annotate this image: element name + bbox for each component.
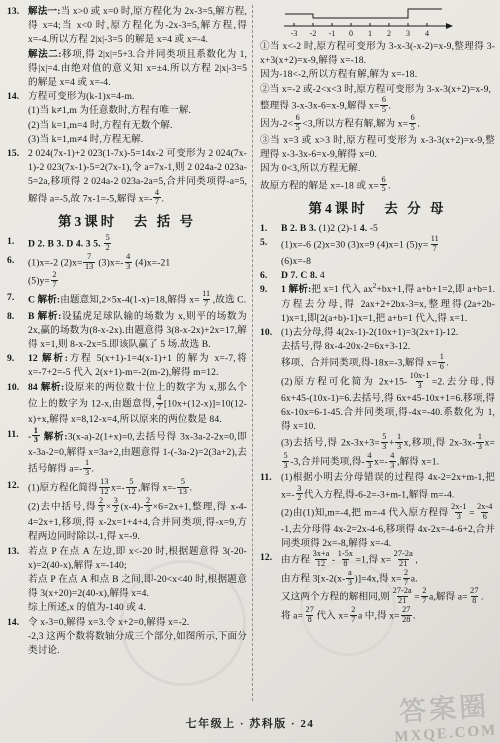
paragraph: B 2. B 3. (1)2 (2)-1 4. -5 bbox=[281, 222, 495, 236]
page-footer: 七年级上 · 苏科版 · 24 bbox=[0, 715, 500, 731]
paragraph: 令 x-3=0,解得 x=3.令 x+2=0,解得 x=-2. bbox=[28, 616, 247, 630]
answer-item: 14.令 x-3=0,解得 x=3.令 x+2=0,解得 x=-2.-2,3 这… bbox=[7, 616, 247, 659]
fraction: 512 bbox=[126, 478, 137, 497]
paragraph: 解法二:移项,得 2|x|=5+3.合并同类项且系数化为 1,得|x|=4.由绝… bbox=[28, 48, 247, 91]
fraction: 2x-46 bbox=[476, 503, 494, 522]
bold-text: 4. bbox=[76, 239, 83, 250]
paragraph: C 解析:由题意知,2×5x-4(1-x)=18,解得 x=117,故选 C. bbox=[28, 291, 247, 310]
fraction: 117 bbox=[201, 290, 212, 309]
answer-item: 14.方程可变形为(k-1)x=4-m.(1)当 k≠1,m 为任意数时,方程有… bbox=[7, 90, 247, 147]
paragraph: D 7. C 8. 4 bbox=[281, 269, 495, 283]
item-number: 6. bbox=[7, 254, 28, 291]
bold-text: 5. bbox=[93, 239, 100, 250]
bold-text: 4. bbox=[360, 223, 367, 234]
fraction: 27 bbox=[403, 569, 410, 588]
item-body: 由方程3x+a12-1-5x8=1,得 x=27-2a21,由方程 3[x-2(… bbox=[281, 551, 495, 625]
answer-item: 8.B 解析:设猛虎足球队输的场数为 x,则平的场数为 2x,赢的场数为(8-x… bbox=[7, 310, 247, 353]
bold-text: 解析: bbox=[288, 284, 311, 295]
bold-text: B bbox=[300, 223, 307, 234]
fraction: 52 bbox=[104, 234, 111, 253]
paragraph: (2)当 k=1,m=4 时,方程有无数个解. bbox=[28, 119, 247, 133]
bold-text: 解析: bbox=[38, 295, 61, 306]
item-body: 2 024(7x-1)+2 023(1-7x)-5=14x-2 可变形为 2 0… bbox=[28, 147, 247, 208]
bold-text: B bbox=[28, 311, 35, 322]
paragraph: (2)由(1)知,m=-4,把 m=-4 代入原方程得2x-13=2x-46-1… bbox=[281, 504, 495, 551]
item-body: C 解析:由题意知,2×5x-4(1-x)=18,解得 x=117,故选 C. bbox=[28, 291, 247, 310]
item-body: 1 解析:把 x=1 代入 ax2+bx+1,得 a+b+1=2,即 a+b=1… bbox=[281, 283, 495, 326]
fraction: 2728 bbox=[401, 606, 412, 625]
paragraph: (5)y=27 bbox=[28, 272, 247, 291]
bold-text: D bbox=[28, 239, 35, 250]
item-body: 84 解析:设原来的两位数十位上的数字为 x,那么个位上的数字为 12-x,由题… bbox=[28, 381, 247, 428]
fraction: 27 bbox=[421, 587, 428, 606]
item-body: 若点 P 在点 A 左边,即 x<-20 时,根据题意得 3(-20-x)=2(… bbox=[28, 545, 247, 616]
tick-label: 0 bbox=[349, 29, 353, 38]
fraction: 65 bbox=[380, 96, 387, 115]
answer-item: 9.1 解析:把 x=1 代入 ax2+bx+1,得 a+b+1=2,即 a+b… bbox=[260, 283, 495, 326]
paragraph: 综上所述,x 的值为-140 或 4. bbox=[28, 601, 247, 615]
bold-text: 8. bbox=[310, 270, 317, 281]
fraction: 13 bbox=[395, 433, 402, 452]
item-body: -13 解析:3(x-a)-2(1+x)=0,去括号得 3x-3a-2-2x=0… bbox=[28, 428, 247, 479]
fraction: 16 bbox=[438, 353, 445, 372]
answer-item: 10.(1)去分母,得 4(2x-1)-2(10x+1)=3(2x+1)-12.… bbox=[260, 326, 495, 471]
answer-item: 11.(1)根据小明去分母错误的过程得 4x-2=2x+m-1,把 x=-32代… bbox=[260, 471, 495, 551]
item-number: 8. bbox=[7, 310, 28, 353]
item-number: 11. bbox=[7, 428, 28, 479]
answer-item: 1.B 2. B 3. (1)2 (2)-1 4. -5 bbox=[260, 222, 495, 236]
fraction: 43 bbox=[125, 253, 132, 272]
bold-text: C bbox=[28, 295, 35, 306]
two-column-layout: 13.解法一:当 x>0 或 x=0 时,原方程化为 2x-3=5,解方程,得 … bbox=[7, 5, 495, 701]
paragraph: -13 解析:3(x-a)-2(1+x)=0,去括号得 3x-3a-2-2x=0… bbox=[28, 428, 247, 479]
item-number: 13. bbox=[7, 545, 28, 616]
bold-text: - bbox=[28, 431, 31, 442]
answer-item: 13.若点 P 在点 A 左边,即 x<-20 时,根据题意得 3(-20-x)… bbox=[7, 545, 247, 616]
paragraph: 由方程3x+a12-1-5x8=1,得 x=27-2a21, bbox=[281, 551, 495, 570]
paragraph: (1)x=-6 (2)x=30 (3)x=9 (4)x=1 (5)y=117 bbox=[281, 236, 495, 255]
bold-text: 解析: bbox=[44, 431, 68, 442]
bold-text: 解析: bbox=[42, 353, 68, 364]
item-body: 方程可变形为(k-1)x=4-m.(1)当 k≠1,m 为任意数时,方程有唯一解… bbox=[28, 90, 247, 147]
paragraph: ①当 x<-2 时,原方程可变形为 3-x-3(-x-2)=x-9,整理得 3-… bbox=[260, 40, 495, 68]
fraction: 23 bbox=[144, 497, 151, 516]
fraction: a3 bbox=[346, 569, 353, 588]
bold-text: B bbox=[47, 239, 54, 250]
paragraph: 因为-18<-2,所以方程有解,解为 x=-18. bbox=[260, 68, 495, 82]
item-number: 13. bbox=[7, 5, 28, 90]
item-number: 9. bbox=[7, 352, 28, 380]
paragraph: 若点 P 在点 A 和点 B 之间,即-20<x<40 时,根据题意得 3(x+… bbox=[28, 573, 247, 601]
item-body: (1)x=-6 (2)x=30 (3)x=9 (4)x=1 (5)y=117(6… bbox=[281, 236, 495, 269]
bold-text: 7. bbox=[291, 270, 298, 281]
superscript: 2 bbox=[373, 282, 377, 290]
bold-text: D bbox=[281, 270, 288, 281]
item-number: 14. bbox=[7, 90, 28, 147]
fraction: 47 bbox=[153, 189, 160, 208]
section-heading: 第3课时 去 括 号 bbox=[7, 213, 247, 231]
paragraph: (1)原方程化简得1312x=-512,解得 x=-513. bbox=[28, 479, 247, 498]
fraction: 10x-13 bbox=[408, 372, 431, 391]
paragraph: 因为 0<3,所以方程无解. bbox=[260, 162, 495, 176]
paragraph: (3)当 k=1,m≠4 时,方程无解. bbox=[28, 133, 247, 147]
tick-label: 2 bbox=[387, 29, 391, 38]
bold-text: 3. bbox=[56, 239, 63, 250]
bold-text: 解法一: bbox=[28, 6, 61, 17]
paragraph: 解法一:当 x>0 或 x=0 时,原方程化为 2x-3=5,解方程,得 x=4… bbox=[28, 5, 247, 48]
item-body: B 2. B 3. (1)2 (2)-1 4. -5 bbox=[281, 222, 495, 236]
item-body: 解法一:当 x>0 或 x=0 时,原方程化为 2x-3=5,解方程,得 x=4… bbox=[28, 5, 247, 90]
answer-item: 5.(1)x=-6 (2)x=30 (3)x=9 (4)x=1 (5)y=117… bbox=[260, 236, 495, 269]
fraction: 27-2a21 bbox=[391, 587, 413, 606]
fraction: 53 bbox=[381, 433, 388, 452]
answer-item: 6.(1)x=-2 (2)x=713 (3)x=-43 (4)x=-21(5)y… bbox=[7, 254, 247, 291]
section-heading: 第4课时 去 分 母 bbox=[260, 200, 495, 218]
fraction: 13 bbox=[83, 459, 90, 478]
answer-item: 11.-13 解析:3(x-a)-2(1+x)=0,去括号得 3x-3a-2-2… bbox=[7, 428, 247, 479]
paragraph: (1)根据小明去分母错误的过程得 4x-2=2x+m-1,把 x=-32代入方程… bbox=[281, 471, 495, 504]
right-column: -3-2-101234①当 x<-2 时,原方程可变形为 3-x-3(-x-2)… bbox=[252, 5, 495, 701]
fraction: 53 bbox=[282, 452, 289, 471]
bold-text: 84 bbox=[28, 382, 38, 393]
tick-label: -2 bbox=[310, 29, 317, 38]
fraction: 65 bbox=[380, 176, 387, 195]
answer-item: 13.解法一:当 x>0 或 x=0 时,原方程化为 2x-3=5,解方程,得 … bbox=[7, 5, 247, 90]
bold-text: 3. bbox=[309, 223, 316, 234]
item-number: 11. bbox=[260, 471, 281, 551]
answer-item: 9.12 解析:方程 5(x+1)-1=4(x-1)+1 的解为 x=-7,将 … bbox=[7, 352, 247, 380]
fraction: 513 bbox=[177, 478, 188, 497]
bold-text: 解析: bbox=[41, 382, 65, 393]
paragraph: (1)x=-2 (2)x=713 (3)x=-43 (4)x=-21 bbox=[28, 254, 247, 273]
paragraph: 84 解析:设原来的两位数十位上的数字为 x,那么个位上的数字为 12-x,由题… bbox=[28, 381, 247, 428]
item-body: 令 x-3=0,解得 x=3.令 x+2=0,解得 x=-2.-2,3 这两个数… bbox=[28, 616, 247, 659]
paragraph: 方程可变形为(k-1)x=4-m. bbox=[28, 90, 247, 104]
paragraph: 故原方程的解是 x=-18 或 x=65. bbox=[260, 177, 495, 196]
bold-text: 解法二: bbox=[28, 49, 62, 60]
item-number: 5. bbox=[260, 236, 281, 269]
fraction: 65 bbox=[294, 114, 301, 133]
paragraph: 因为-2<65<3,所以方程有解,解为 x=65. bbox=[260, 115, 495, 134]
fraction: 32 bbox=[112, 497, 119, 516]
item-body: D 2. B 3. D 4. 3 5. 52 bbox=[28, 235, 247, 254]
bold-text: 2. bbox=[290, 223, 297, 234]
paragraph: B 解析:设猛虎足球队输的场数为 x,则平的场数为 2x,赢的场数为(8-x-2… bbox=[28, 310, 247, 353]
number-line-svg: -3-2-101234 bbox=[282, 5, 454, 38]
tick-label: -3 bbox=[291, 29, 298, 38]
paragraph: (1)当 k≠1,m 为任意数时,方程有唯一解. bbox=[28, 104, 247, 118]
fraction: 1-5x8 bbox=[336, 550, 354, 569]
fraction: 1312 bbox=[99, 478, 110, 497]
item-body: B 解析:设猛虎足球队输的场数为 x,则平的场数为 2x,赢的场数为(8-x-2… bbox=[28, 310, 247, 353]
fraction: 32 bbox=[296, 485, 303, 504]
bold-text: D bbox=[66, 239, 73, 250]
fraction: 27 bbox=[51, 271, 58, 290]
fraction: 117 bbox=[429, 235, 440, 254]
paragraph: 2 024(7x-1)+2 023(1-7x)-5=14x-2 可变形为 2 0… bbox=[28, 147, 247, 208]
bold-text: 1 bbox=[281, 284, 286, 295]
fraction: 43 bbox=[366, 452, 373, 471]
paragraph: 去括号,得 8x-4-20x-2=6x+3-12. bbox=[281, 340, 495, 354]
tick-label: 3 bbox=[406, 29, 410, 38]
bold-text: 12 bbox=[28, 353, 38, 364]
item-body: (1)x=-2 (2)x=713 (3)x=-43 (4)x=-21(5)y=2… bbox=[28, 254, 247, 291]
fraction: 43 bbox=[389, 452, 396, 471]
bold-text: B bbox=[281, 223, 288, 234]
fraction: 713 bbox=[83, 253, 94, 272]
left-column: 13.解法一:当 x>0 或 x=0 时,原方程化为 2x-3=5,解方程,得 … bbox=[7, 5, 252, 701]
bold-text: 3 bbox=[86, 239, 91, 250]
paragraph: ②当 x=-2 或-2<x<3 时,原方程可变形为 3-x-3(x+2)=x-9… bbox=[260, 83, 495, 97]
answer-item: 12.(1)原方程化简得1312x=-512,解得 x=-513.(2)去中括号… bbox=[7, 479, 247, 545]
fraction: 278 bbox=[304, 606, 315, 625]
item-number: 10. bbox=[7, 381, 28, 428]
scanned-answer-page: 13.解法一:当 x>0 或 x=0 时,原方程化为 2x-3=5,解方程,得 … bbox=[0, 0, 500, 743]
bold-text: 2. bbox=[38, 239, 45, 250]
item-number: 1. bbox=[7, 235, 28, 254]
paragraph: (1)去分母,得 4(2x-1)-2(10x+1)=3(2x+1)-12. bbox=[281, 326, 495, 340]
item-body: (1)原方程化简得1312x=-512,解得 x=-513.(2)去中括号,得2… bbox=[28, 479, 247, 545]
item-number: 9. bbox=[260, 283, 281, 326]
paragraph: D 2. B 3. D 4. 3 5. 52 bbox=[28, 235, 247, 254]
fraction: 65 bbox=[409, 114, 416, 133]
answer-item: 12.由方程3x+a12-1-5x8=1,得 x=27-2a21,由方程 3[x… bbox=[260, 551, 495, 625]
item-body: 12 解析:方程 5(x+1)-1=4(x-1)+1 的解为 x=-7,将 x=… bbox=[28, 352, 247, 380]
item-body: (1)去分母,得 4(2x-1)-2(10x+1)=3(2x+1)-12.去括号… bbox=[281, 326, 495, 471]
tick-label: 4 bbox=[425, 29, 429, 38]
fraction: 2x-13 bbox=[450, 503, 468, 522]
item-number: 12. bbox=[7, 479, 28, 545]
item-number: 6. bbox=[260, 269, 281, 283]
fraction: 47 bbox=[156, 394, 163, 413]
paragraph: 1 解析:把 x=1 代入 ax2+bx+1,得 a+b+1=2,即 a+b=1… bbox=[281, 283, 495, 326]
fraction: 278 bbox=[469, 587, 480, 606]
answer-item: 7.C 解析:由题意知,2×5x-4(1-x)=18,解得 x=117,故选 C… bbox=[7, 291, 247, 310]
answer-item: 6.D 7. C 8. 4 bbox=[260, 269, 495, 283]
fraction: 3x+a12 bbox=[311, 550, 331, 569]
paragraph: (6)x=-8 bbox=[281, 255, 495, 269]
paragraph: (3)去括号,得 2x-3x+3=53+13x,移项,得 2x-3x-13x=5… bbox=[281, 434, 495, 471]
item-number: 1. bbox=[260, 222, 281, 236]
paragraph: (2)去中括号,得23×32(x-4)-23×6=2x+1,整理,得 x-4-4… bbox=[28, 498, 247, 545]
paragraph: 12 解析:方程 5(x+1)-1=4(x-1)+1 的解为 x=-7,将 x=… bbox=[28, 352, 247, 380]
paragraph: 移项、合并同类项,得-18x=-3,解得 x=16. bbox=[281, 354, 495, 373]
bold-text: 解析: bbox=[38, 311, 62, 322]
answer-item: 10.84 解析:设原来的两位数十位上的数字为 x,那么个位上的数字为 12-x… bbox=[7, 381, 247, 428]
fraction: 27-2a21 bbox=[392, 550, 414, 569]
fraction: 27 bbox=[350, 606, 357, 625]
fraction: 13 bbox=[476, 433, 483, 452]
answer-item: 15.2 024(7x-1)+2 023(1-7x)-5=14x-2 可变形为 … bbox=[7, 147, 247, 208]
item-body: D 7. C 8. 4 bbox=[281, 269, 495, 283]
paragraph: 将 a=278代入 x=27a 中,得 x=2728. bbox=[281, 607, 495, 626]
item-number: 14. bbox=[7, 616, 28, 659]
item-number: 15. bbox=[7, 147, 28, 208]
tick-label: 1 bbox=[368, 29, 372, 38]
number-line-figure: -3-2-101234 bbox=[282, 5, 495, 38]
paragraph: 若点 P 在点 A 左边,即 x<-20 时,根据题意得 3(-20-x)=2(… bbox=[28, 545, 247, 573]
tick-label: -1 bbox=[329, 29, 336, 38]
item-number: 12. bbox=[260, 551, 281, 625]
paragraph: -2,3 这两个数将数轴分成三个部分,如图所示,下面分类讨论. bbox=[28, 630, 247, 658]
item-body: (1)根据小明去分母错误的过程得 4x-2=2x+m-1,把 x=-32代入方程… bbox=[281, 471, 495, 551]
paragraph: 由方程 3[x-2(x-a3)]=4x,得 x=27a. bbox=[281, 570, 495, 589]
item-number: 10. bbox=[260, 326, 281, 471]
bold-text: C bbox=[300, 270, 307, 281]
paragraph: (2)原方程可化简为 2x+15-10x-13=2.去分母,得 6x+45-(1… bbox=[281, 373, 495, 434]
paragraph: ③当 x=3 或 x>3 时,原方程可变形为 x-3-3(x+2)=x-9,整理… bbox=[260, 134, 495, 162]
item-number: 7. bbox=[7, 291, 28, 310]
fraction: 23 bbox=[98, 497, 105, 516]
fraction: 13 bbox=[32, 427, 39, 446]
